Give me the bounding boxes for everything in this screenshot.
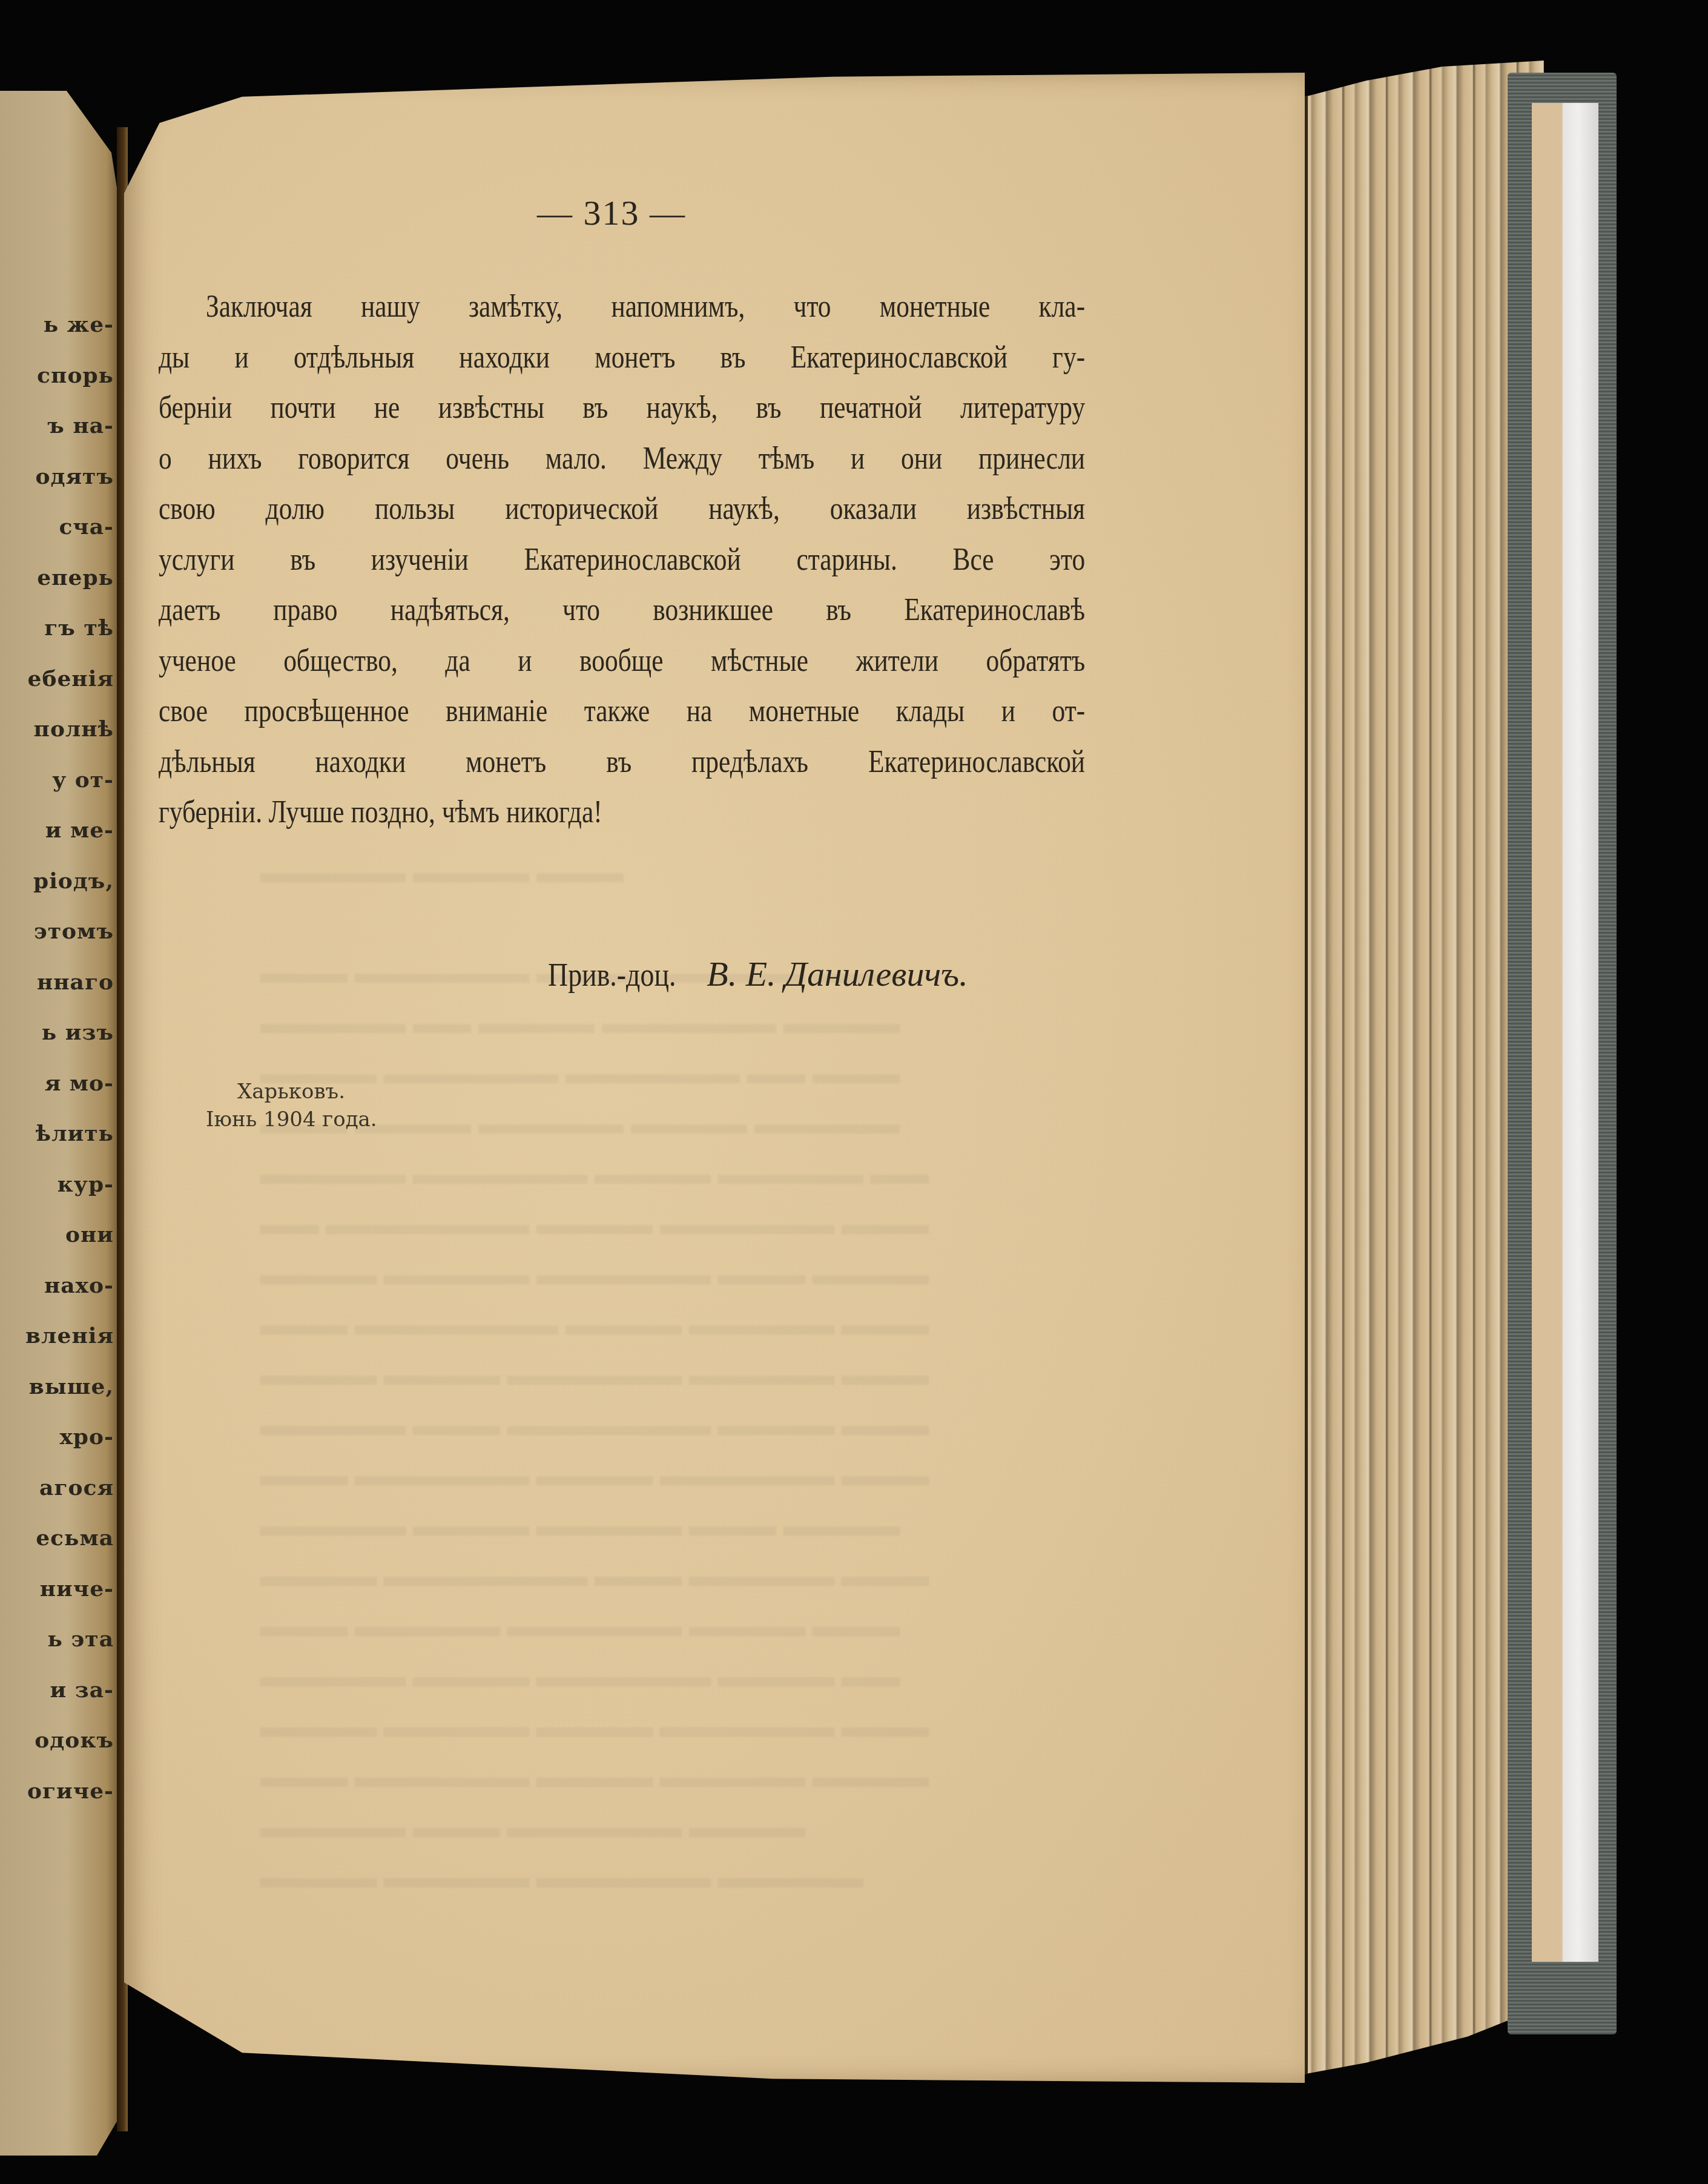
author-name: В. Е. Данилевичъ. <box>707 954 968 994</box>
previous-page-line: вленія <box>0 1311 114 1362</box>
previous-page-line: ѣлить <box>0 1109 114 1160</box>
previous-page-line: полнѣ <box>0 704 114 755</box>
previous-page-line: ь же- <box>0 300 114 351</box>
previous-page-line: ріодъ, <box>0 856 114 907</box>
author-signature: Прив.-доц. В. Е. Данилевичъ. <box>548 954 968 994</box>
place-and-date: Харьковъ. Іюнь 1904 года. <box>206 1078 377 1133</box>
previous-page-line: спорь <box>0 351 114 401</box>
page-block-fore-edge <box>1290 61 1544 2077</box>
text-line: дѣльныя находки монетъ въ предѣлахъ Екат… <box>159 737 1085 788</box>
previous-page-line: агося <box>0 1463 114 1514</box>
text-line: услуги въ изученіи Екатеринославской ста… <box>159 535 1085 586</box>
previous-page-line: ъ на- <box>0 401 114 452</box>
previous-page-line: кур- <box>0 1160 114 1210</box>
previous-page-line: я мо- <box>0 1058 114 1109</box>
text-line: губерніи. Лучше поздно, чѣмъ никогда! <box>159 787 1085 838</box>
previous-page-line: нахо- <box>0 1261 114 1311</box>
previous-page-line: у от- <box>0 755 114 806</box>
previous-page-line: ь эта <box>0 1614 114 1665</box>
previous-page-line: огиче- <box>0 1766 114 1817</box>
text-line: ученое общество, да и вообще мѣстные жит… <box>159 636 1085 687</box>
previous-page-line: гъ тѣ <box>0 603 114 654</box>
previous-page-line: хро- <box>0 1412 114 1463</box>
author-title: Прив.-доц. <box>548 956 676 994</box>
previous-page-line: этомъ <box>0 906 114 957</box>
previous-page: ь же-спорьъ на-одятъсча-еперьгъ тѣебенія… <box>0 91 121 2156</box>
previous-page-line: одятъ <box>0 452 114 503</box>
previous-page-line: ь изъ <box>0 1008 114 1058</box>
previous-page-line: и за- <box>0 1665 114 1716</box>
place: Харьковъ. <box>206 1078 377 1106</box>
text-line: даетъ право надѣяться, что возникшее въ … <box>159 585 1085 636</box>
text-line: ды и отдѣльныя находки монетъ въ Екатери… <box>159 332 1085 383</box>
previous-page-line: ебенія <box>0 654 114 705</box>
text-line: свое просвѣщенное вниманіе также на моне… <box>159 686 1085 737</box>
endpaper <box>1532 103 1598 1962</box>
date: Іюнь 1904 года. <box>206 1106 377 1133</box>
text-line: берніи почти не извѣстны въ наукѣ, въ пе… <box>159 383 1085 434</box>
previous-page-line: одокъ <box>0 1715 114 1766</box>
page-number: — 313 — <box>521 193 702 233</box>
previous-page-line: есьма <box>0 1513 114 1564</box>
previous-page-line: еперь <box>0 553 114 604</box>
previous-page-line: ниче- <box>0 1564 114 1615</box>
previous-page-text: ь же-спорьъ на-одятъсча-еперьгъ тѣебенія… <box>0 300 114 1816</box>
previous-page-line: они <box>0 1210 114 1261</box>
body-paragraph: Заключая нашу замѣтку, напомнимъ, что мо… <box>159 282 1085 838</box>
text-line: о нихъ говорится очень мало. Между тѣмъ … <box>159 434 1085 484</box>
text-line: Заключая нашу замѣтку, напомнимъ, что мо… <box>159 282 1085 332</box>
previous-page-line: сча- <box>0 502 114 553</box>
text-line: свою долю пользы исторической наукѣ, ока… <box>159 484 1085 535</box>
previous-page-line: ннаго <box>0 957 114 1008</box>
previous-page-line: выше, <box>0 1362 114 1413</box>
previous-page-line: и ме- <box>0 805 114 856</box>
